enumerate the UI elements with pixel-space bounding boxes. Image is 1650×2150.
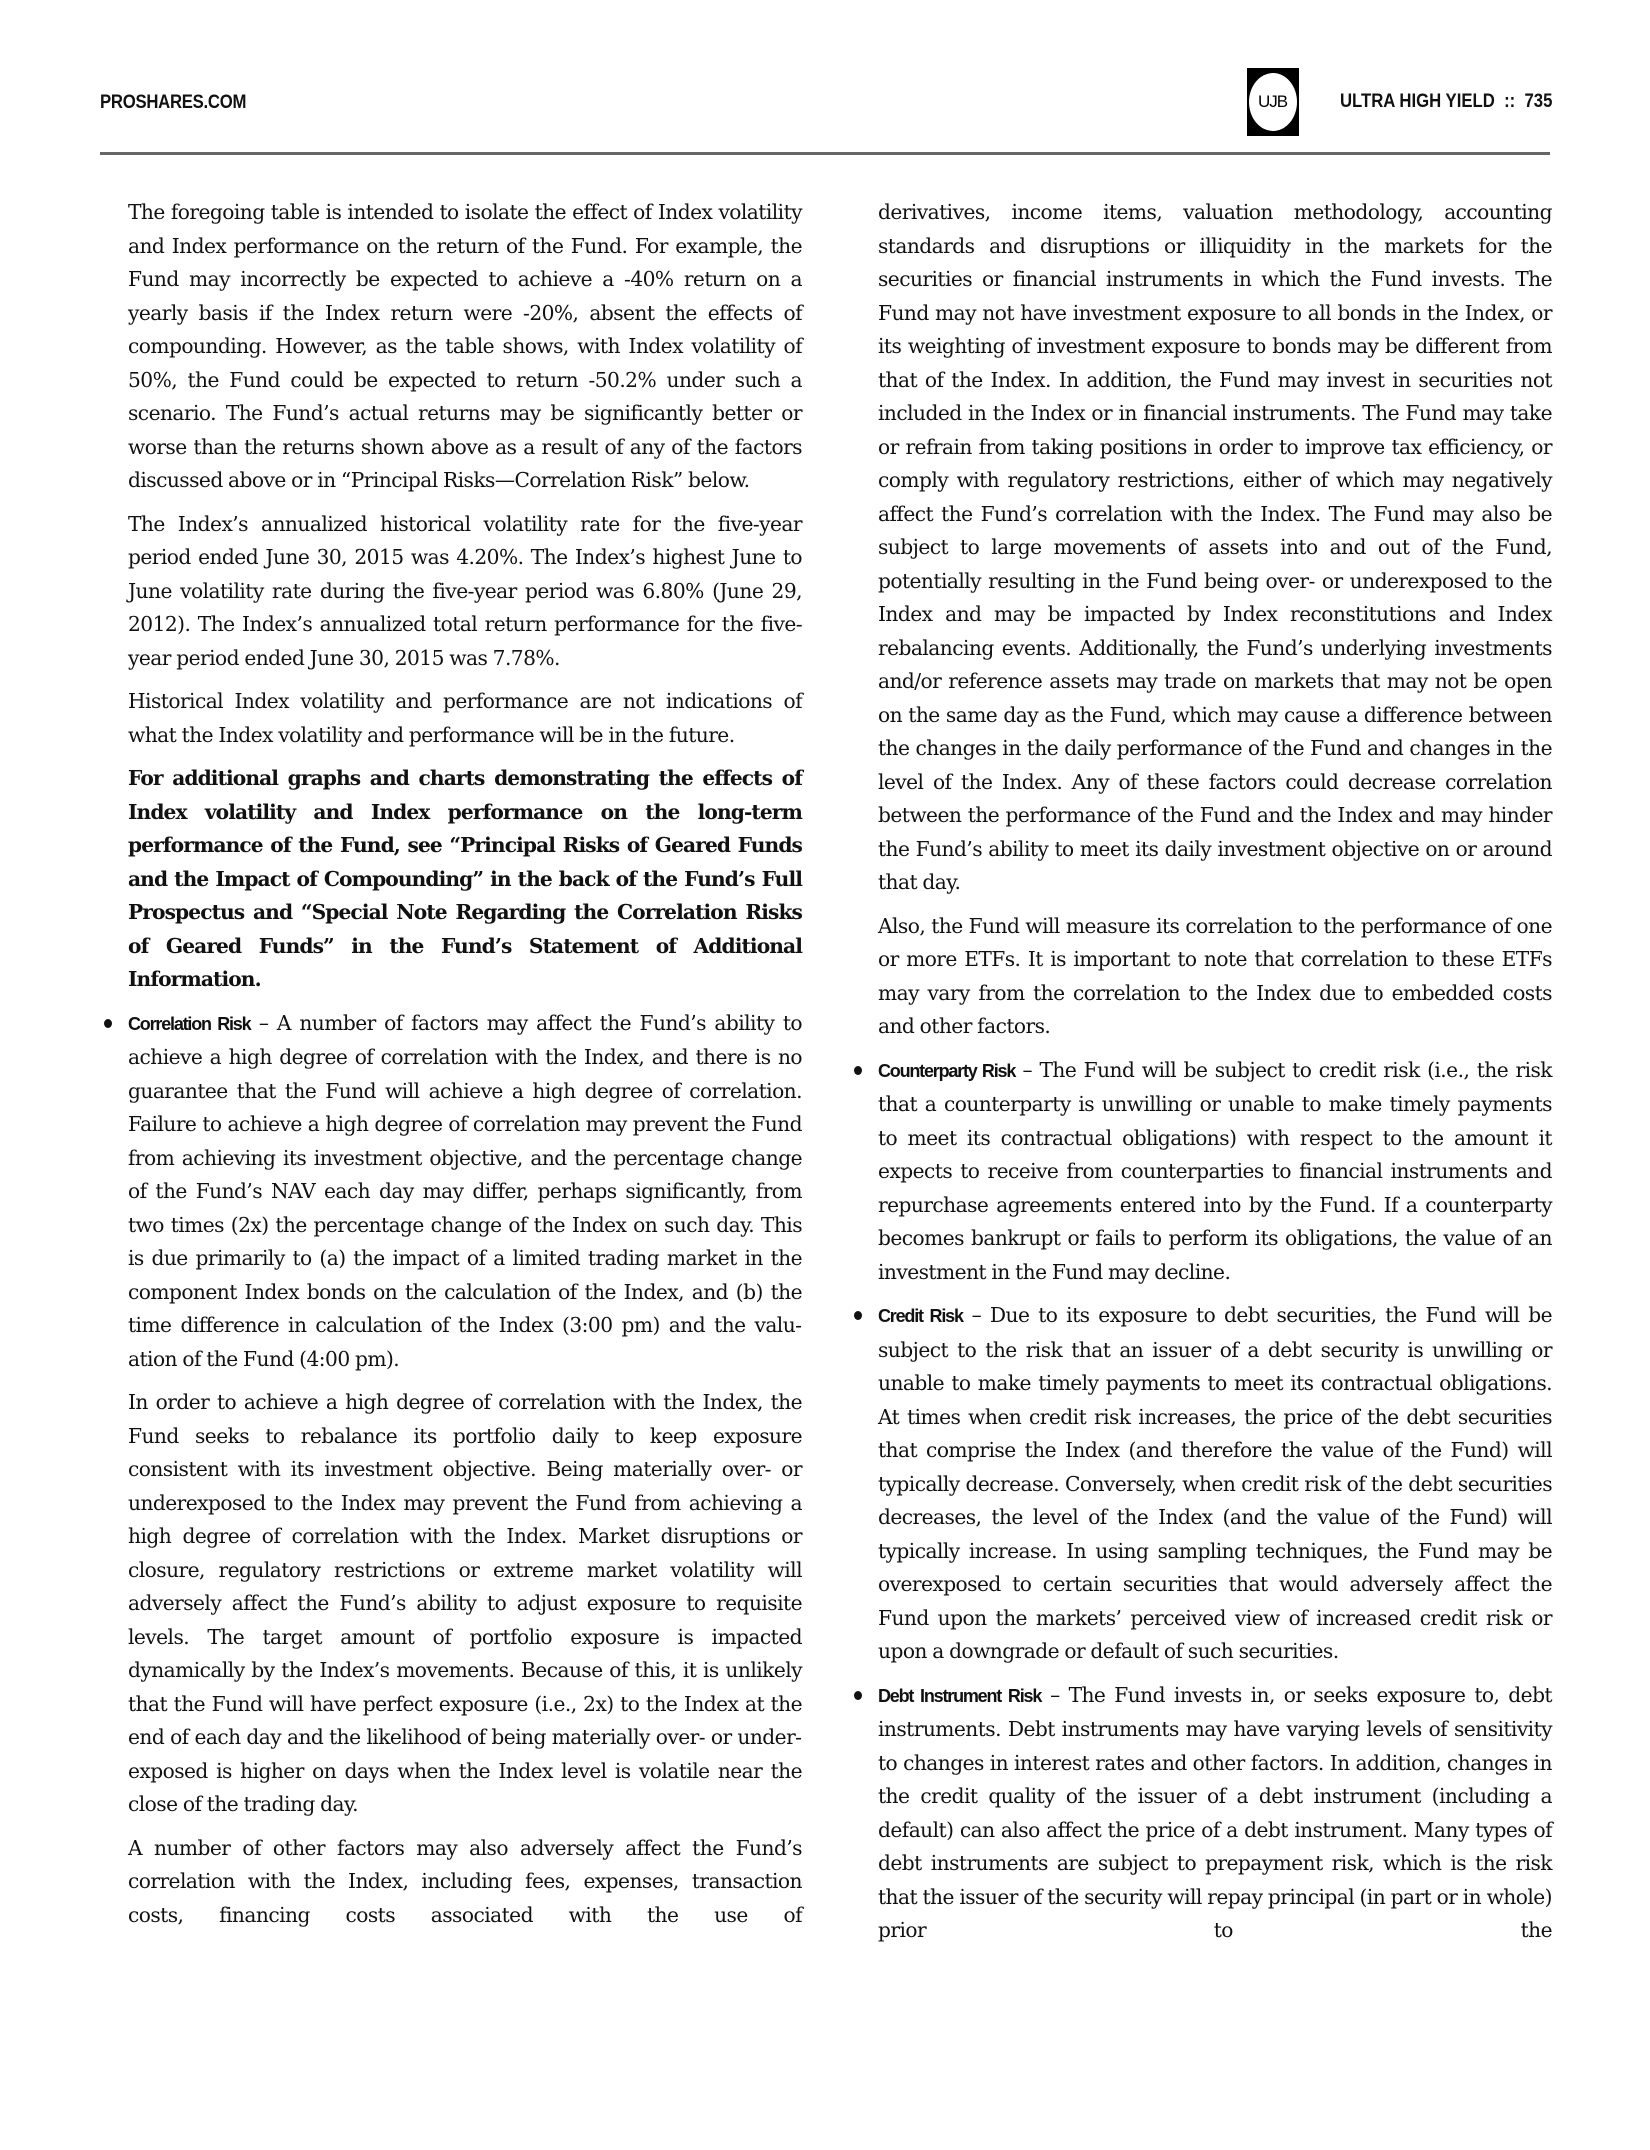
paragraph: The foregoing table is intended to isola… <box>128 196 802 498</box>
risk-label: Counterparty Risk <box>878 1061 1015 1081</box>
risk-label: Debt Instrument Risk <box>878 1686 1041 1706</box>
risk-label: Credit Risk <box>878 1306 963 1326</box>
site-name: PROSHARES.COM <box>100 92 246 114</box>
dash: – <box>250 1011 276 1035</box>
ticker-circle-icon: UJB <box>1249 73 1297 131</box>
bullet-correlation-risk: Correlation Risk – A number of factors m… <box>128 1007 802 1377</box>
risk-text: Due to its exposure to debt securities, … <box>878 1303 1552 1663</box>
left-column: The foregoing table is intended to isola… <box>128 196 802 1942</box>
bold-note: For additional graphs and charts demonst… <box>128 762 802 997</box>
dash: – <box>1015 1058 1039 1082</box>
risk-label: Correlation Risk <box>128 1014 250 1034</box>
paragraph: Historical Index volatility and performa… <box>128 685 802 752</box>
risk-text: The Fund will be subject to credit risk … <box>878 1058 1552 1284</box>
paragraph: Also, the Fund will measure its correlat… <box>878 910 1552 1044</box>
paragraph: A number of other factors may also adver… <box>128 1832 802 1933</box>
bullet-counterparty-risk: Counterparty Risk – The Fund will be sub… <box>878 1054 1552 1290</box>
page-header: UJB ULTRA HIGH YIELD :: 735 <box>1247 68 1552 136</box>
header-divider <box>100 152 1550 155</box>
paragraph: The Index’s annualized historical volati… <box>128 508 802 676</box>
risk-text: The Fund invests in, or seeks exposure t… <box>878 1683 1552 1943</box>
paragraph: In order to achieve a high degree of cor… <box>128 1386 802 1822</box>
bullet-icon <box>854 1691 862 1700</box>
paragraph: derivatives, income items, valuation met… <box>878 196 1552 900</box>
page-title: ULTRA HIGH YIELD :: 735 <box>1340 91 1552 113</box>
bullet-debt-instrument-risk: Debt Instrument Risk – The Fund invests … <box>878 1679 1552 1948</box>
bullet-icon <box>854 1066 862 1075</box>
right-column: derivatives, income items, valuation met… <box>878 196 1552 1958</box>
risk-text: A number of factors may affect the Fund’… <box>128 1011 802 1371</box>
bullet-credit-risk: Credit Risk – Due to its exposure to deb… <box>878 1299 1552 1669</box>
bullet-icon <box>854 1311 862 1320</box>
fund-ticker-badge: UJB <box>1247 68 1299 136</box>
dash: – <box>963 1303 990 1327</box>
dash: – <box>1041 1683 1068 1707</box>
bullet-icon <box>104 1019 112 1028</box>
